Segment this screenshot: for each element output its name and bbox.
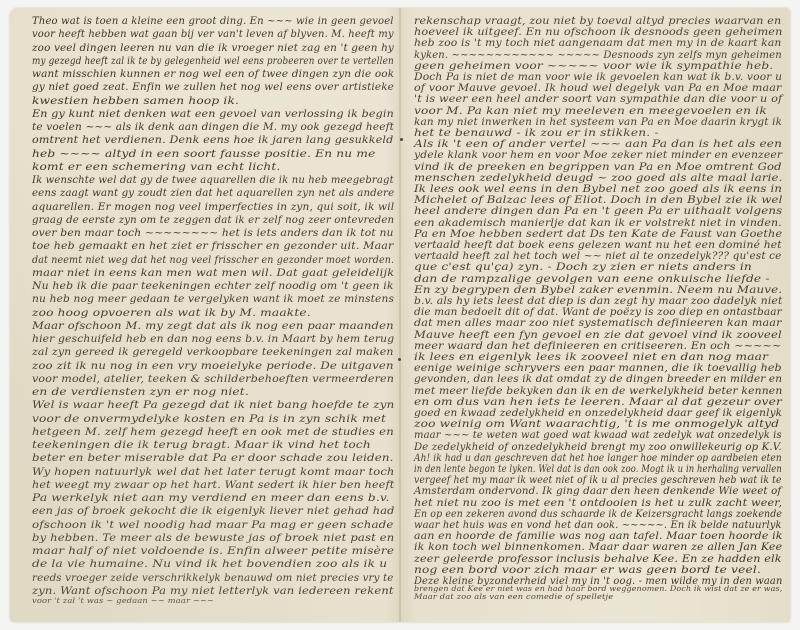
handwritten-line: zal zyn gereed ik geregeld verkoopbare t… [32,345,394,359]
handwritten-line: Ik wenschte wel dat gy de twee aquarelle… [32,173,394,187]
handwritten-line: Nu heb ik die paar teekeningen echter ze… [32,279,394,293]
ink-dot [400,138,403,141]
handwritten-line: gy niet goed zeat. Enfin we zullen het n… [32,80,394,94]
handwritten-line: zoo zit ik nu nog in een vry moeielyke p… [32,359,394,373]
handwritten-line: omtrent het verdienen. Denk eens hoe ik … [32,133,393,147]
handwritten-line: aquarellen. Er mogen nog veel imperfecti… [32,200,394,214]
handwritten-line: voor model, atelier, teeken & schilderbe… [32,372,394,386]
handwritten-line: het weegt my zwaar op het hart. Want sed… [32,478,394,492]
handwritten-line: Maar dat zoo als van een comedie of spel… [414,590,613,604]
handwritten-line: en de verdiensten zyn er nog niet. [32,385,249,399]
handwritten-line: een jas of broek gekocht die ik eigenlyk… [32,504,394,518]
handwritten-line: Wy hopen natuurlyk wel dat het later ter… [32,465,394,479]
handwritten-line: maar half of niet voldoende is. Enfin al… [32,544,394,558]
handwritten-line: hetgeen M. zelf hem gezegd heeft en ook … [32,425,394,439]
handwritten-line: zoo veel dingen leeren nu van die ik vro… [32,41,394,55]
handwritten-line: teekeningen die ik terug bragt. Maar ik … [32,438,371,452]
handwritten-line: my gezegd heeft zal ik te by gelegenheid… [32,54,394,68]
handwritten-line: toe heb gemaakt en het ziet er frisscher… [32,239,393,253]
handwritten-line: voor de onvermydelyke kosten en Pa is in… [32,412,386,426]
handwritten-line: by hebben. Te meer als de bewuste jas of… [32,531,394,545]
handwritten-line: maar niet in eens kan men wat men wil. D… [32,266,394,280]
handwritten-line: ofschoon ik 't wel noodig had maar Pa ma… [32,518,394,532]
handwritten-line: kwestien hebben samen hoop ik. [32,94,239,108]
ink-dot [398,358,401,361]
handwritten-line: zoo hoog opvoeren als wat ik by M. maakt… [32,306,311,320]
handwritten-line: beter en beter miserable dat Pa er door … [32,451,394,465]
handwritten-line: graag de eerste zyn om te zeggen dat ik … [32,213,394,227]
handwritten-line: dat neemt niet weg dat het nog veel fris… [32,253,394,267]
handwritten-line: over ben maar toch ~~~~~~~~ het is iets … [32,226,394,240]
handwritten-line: heb ~~~~ altyd in een soort fausse posit… [32,147,375,161]
handwritten-line: komt er een schemering van echt licht. [32,160,281,174]
handwritten-line: Pa werkelyk niet aan my verdiend en meer… [32,491,390,505]
handwritten-line: hier geschuifeld heb en dan nog eens b.v… [32,332,394,346]
handwritten-line: Maar ofschoon M. my zegt dat als ik nog … [32,319,394,333]
handwritten-line: En gy kunt niet denken wat een gevoel va… [32,107,394,121]
handwritten-line: te voelen ~~~ als ik denk aan dingen die… [32,120,394,134]
handwritten-line: nu heb nog meer gedaan te vergelyken wan… [32,292,394,306]
handwritten-line: Theo wat is toen a kleine een groot ding… [32,14,394,28]
handwritten-line: eens zaagt want gy zoudt zien dat het aq… [32,186,394,200]
page-fold [399,8,401,622]
letter-sheet: Theo wat is toen a kleine een groot ding… [10,8,790,622]
handwritten-line: reeds vroeger zeide verschrikkelyk benau… [32,571,394,585]
handwritten-line: voor heeft hebben wat gaan bij ver van't… [32,27,394,41]
handwritten-line: de la vie humaine. Nu vind ik het bovend… [32,557,387,571]
handwritten-line: voor 't zal 't was ~ gedaan ~~ maar ~~~ [32,594,214,608]
handwritten-line: want misschien kunnen er nog wel een of … [32,67,394,81]
handwritten-line: Wel is waar heeft Pa gezegd dat ik niet … [32,398,394,412]
